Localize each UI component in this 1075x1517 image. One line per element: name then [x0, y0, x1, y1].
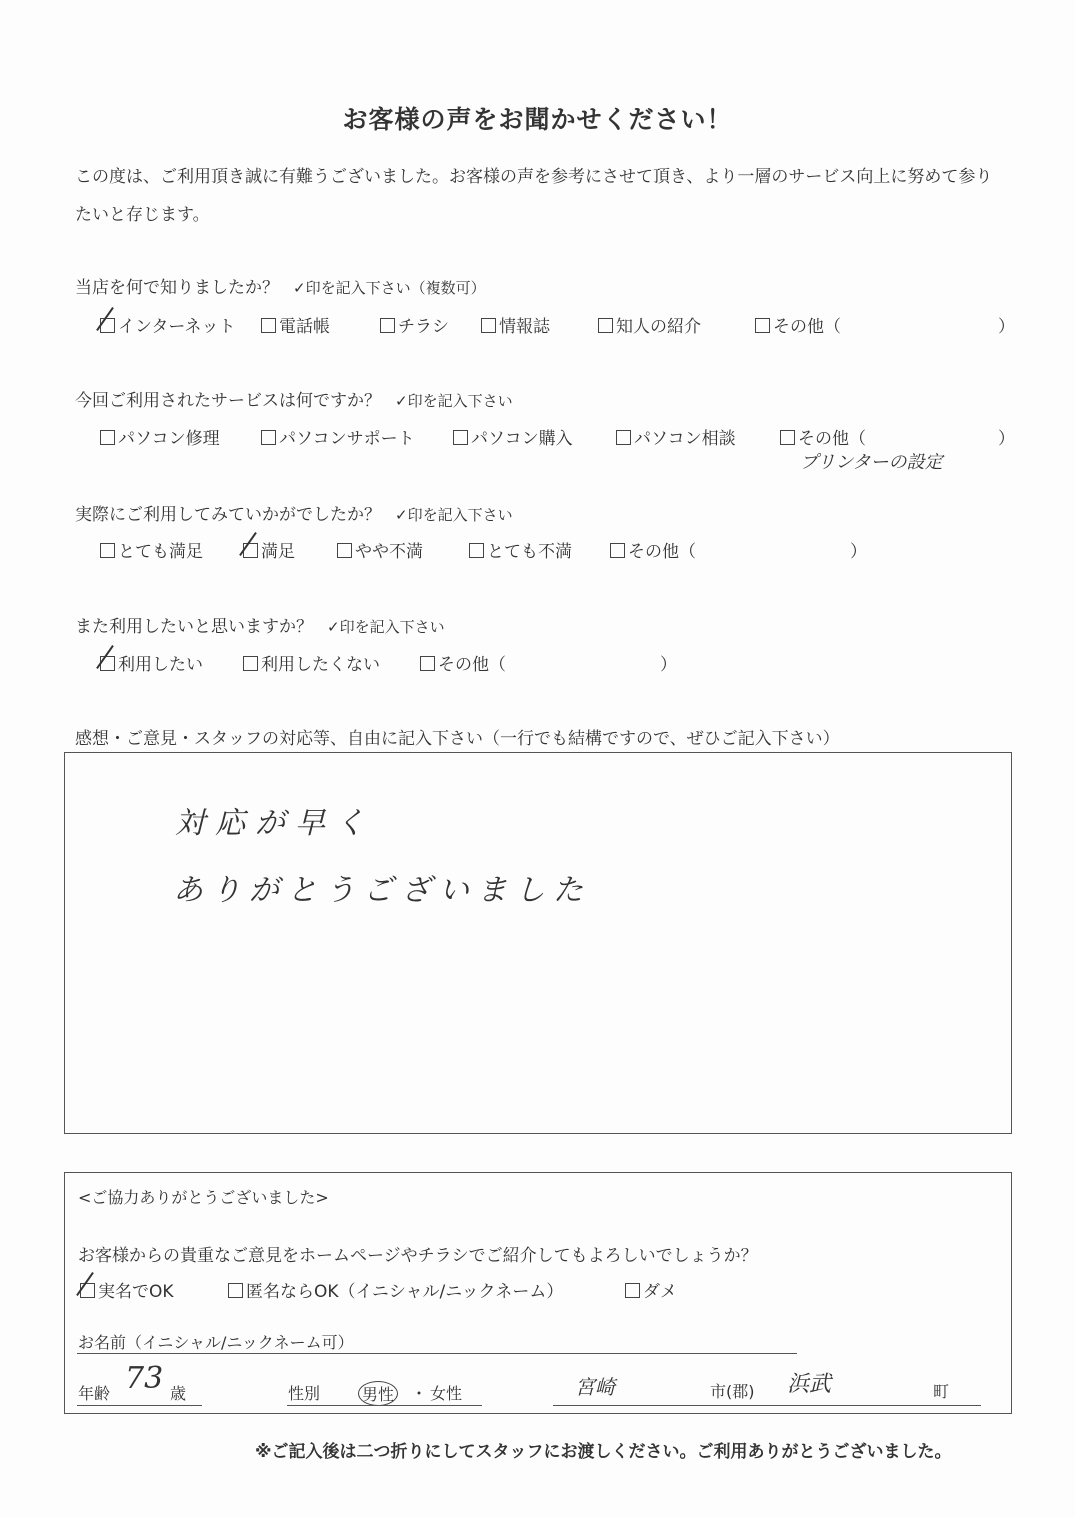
- comments-textarea[interactable]: 対応が早く ありがとうございました: [64, 752, 1012, 1134]
- q2-option-repair[interactable]: パソコン修理: [100, 424, 220, 449]
- q2-option-purchase[interactable]: パソコン購入: [453, 424, 573, 449]
- name-label: お名前（イニシャル/ニックネーム可）: [78, 1330, 354, 1353]
- checkbox[interactable]: [625, 1283, 640, 1298]
- q1-question-text: 当店を何で知りましたか？: [75, 278, 279, 298]
- checkbox[interactable]: [755, 318, 770, 333]
- checkbox[interactable]: [469, 543, 484, 558]
- q3-options: とても満足 満足 やや不満 とても不満 その他（ ）: [100, 537, 1020, 561]
- town-unit: 町: [933, 1379, 949, 1402]
- address-field-line: [553, 1405, 981, 1406]
- name-field-line[interactable]: [77, 1353, 797, 1354]
- permission-question: お客様からの貴重なご意見をホームページやチラシでご紹介してもよろしいでしょうか？: [78, 1241, 758, 1266]
- q3-hint: ✓印を記入下さい: [395, 506, 513, 524]
- checkbox[interactable]: [780, 430, 795, 445]
- q3-question-text: 実際にご利用してみていかがでしたか？: [75, 505, 381, 525]
- checkbox[interactable]: [420, 656, 435, 671]
- q2-question-text: 今回ご利用されたサービスは何ですか？: [75, 391, 381, 411]
- checkbox[interactable]: [261, 430, 276, 445]
- gender-male-circled[interactable]: 男性: [358, 1381, 398, 1406]
- checkbox[interactable]: [610, 543, 625, 558]
- q1-option-flyer[interactable]: チラシ: [380, 312, 449, 337]
- q4-question: また利用したいと思いますか？✓印を記入下さい: [75, 612, 445, 637]
- q2-options: パソコン修理 パソコンサポート パソコン購入 パソコン相談 その他（ ）: [100, 424, 1020, 448]
- q2-option-other[interactable]: その他（: [780, 424, 866, 449]
- footer-note: ※ご記入後は二つ折りにしてスタッフにお渡しください。ご利用ありがとうございました…: [255, 1437, 952, 1462]
- q1-close-paren: ）: [998, 312, 1015, 337]
- permission-option-no[interactable]: ダメ: [625, 1277, 677, 1302]
- age-value[interactable]: 73: [125, 1361, 163, 1396]
- q3-option-very-dissatisfied[interactable]: とても不満: [469, 537, 572, 562]
- checkbox-checked[interactable]: [80, 1283, 95, 1298]
- q3-question: 実際にご利用してみていかがでしたか？✓印を記入下さい: [75, 500, 513, 525]
- checkbox-checked[interactable]: [243, 543, 258, 558]
- checkbox[interactable]: [228, 1283, 243, 1298]
- checkbox[interactable]: [261, 318, 276, 333]
- checkbox[interactable]: [243, 656, 258, 671]
- checkbox[interactable]: [380, 318, 395, 333]
- checkbox[interactable]: [337, 543, 352, 558]
- q1-option-internet[interactable]: インターネット: [100, 312, 235, 337]
- q1-question: 当店を何で知りましたか？✓印を記入下さい（複数可）: [75, 273, 486, 298]
- q1-option-referral[interactable]: 知人の紹介: [598, 312, 701, 337]
- q1-hint: ✓印を記入下さい（複数可）: [293, 279, 486, 297]
- q2-question: 今回ご利用されたサービスは何ですか？✓印を記入下さい: [75, 386, 513, 411]
- q4-option-no[interactable]: 利用したくない: [243, 650, 380, 675]
- gender-female[interactable]: 女性: [430, 1381, 462, 1404]
- q1-options: インターネット 電話帳 チラシ 情報誌 知人の紹介 その他（ ）: [100, 312, 1020, 336]
- q4-question-text: また利用したいと思いますか？: [75, 617, 313, 637]
- q2-option-support[interactable]: パソコンサポート: [261, 424, 415, 449]
- q1-option-phonebook[interactable]: 電話帳: [261, 312, 330, 337]
- q4-options: 利用したい 利用したくない その他（ ）: [100, 650, 1020, 674]
- q2-hint: ✓印を記入下さい: [395, 392, 513, 410]
- q4-option-yes[interactable]: 利用したい: [100, 650, 203, 675]
- form-title: お客様の声をお聞かせください！: [0, 100, 1075, 136]
- checkbox[interactable]: [453, 430, 468, 445]
- permission-option-anonymous[interactable]: 匿名ならOK（イニシャル/ニックネーム）: [228, 1277, 563, 1302]
- checkbox[interactable]: [598, 318, 613, 333]
- thanks-heading: <ご協力ありがとうございました>: [78, 1185, 329, 1208]
- town-value[interactable]: 浜武: [787, 1367, 831, 1398]
- q2-option-consult[interactable]: パソコン相談: [616, 424, 736, 449]
- q4-close-paren: ）: [660, 650, 677, 675]
- checkbox-checked[interactable]: [100, 656, 115, 671]
- permission-section: <ご協力ありがとうございました> お客様からの貴重なご意見をホームページやチラシ…: [64, 1172, 1012, 1414]
- checkbox-checked[interactable]: [100, 318, 115, 333]
- gender-separator: ・: [411, 1381, 427, 1404]
- comments-prompt: 感想・ご意見・スタッフの対応等、自由に記入下さい（一行でも結構ですので、ぜひご記…: [75, 724, 840, 749]
- age-unit: 歳: [170, 1381, 186, 1404]
- q3-option-satisfied[interactable]: 満足: [243, 537, 295, 562]
- comment-line-2: ありがとうございました: [173, 865, 591, 909]
- q4-option-other[interactable]: その他（: [420, 650, 506, 675]
- city-unit: 市(郡): [710, 1379, 755, 1402]
- permission-option-real-name[interactable]: 実名でOK: [80, 1277, 174, 1302]
- permission-options: 実名でOK 匿名ならOK（イニシャル/ニックネーム） ダメ: [80, 1277, 1000, 1301]
- checkbox[interactable]: [481, 318, 496, 333]
- q3-option-other[interactable]: その他（: [610, 537, 696, 562]
- q2-other-handwritten: プリンターの設定: [800, 448, 943, 474]
- age-label: 年齢: [78, 1381, 110, 1404]
- checkbox[interactable]: [616, 430, 631, 445]
- q3-close-paren: ）: [850, 537, 867, 562]
- q1-option-magazine[interactable]: 情報誌: [481, 312, 550, 337]
- q1-option-other[interactable]: その他（: [755, 312, 841, 337]
- q3-option-somewhat-dissatisfied[interactable]: やや不満: [337, 537, 423, 562]
- q4-hint: ✓印を記入下さい: [327, 618, 445, 636]
- gender-field-line: [287, 1405, 482, 1406]
- checkbox[interactable]: [100, 543, 115, 558]
- q3-option-very-satisfied[interactable]: とても満足: [100, 537, 203, 562]
- city-value[interactable]: 宮崎: [575, 1371, 615, 1400]
- gender-label: 性別: [288, 1381, 320, 1404]
- intro-text: この度は、ご利用頂き誠に有難うございました。お客様の声を参考にさせて頂き、より一…: [75, 158, 1005, 234]
- age-field-line: [77, 1405, 202, 1406]
- q2-close-paren: ）: [998, 424, 1015, 449]
- checkbox[interactable]: [100, 430, 115, 445]
- comment-line-1: 対応が早く: [175, 798, 375, 842]
